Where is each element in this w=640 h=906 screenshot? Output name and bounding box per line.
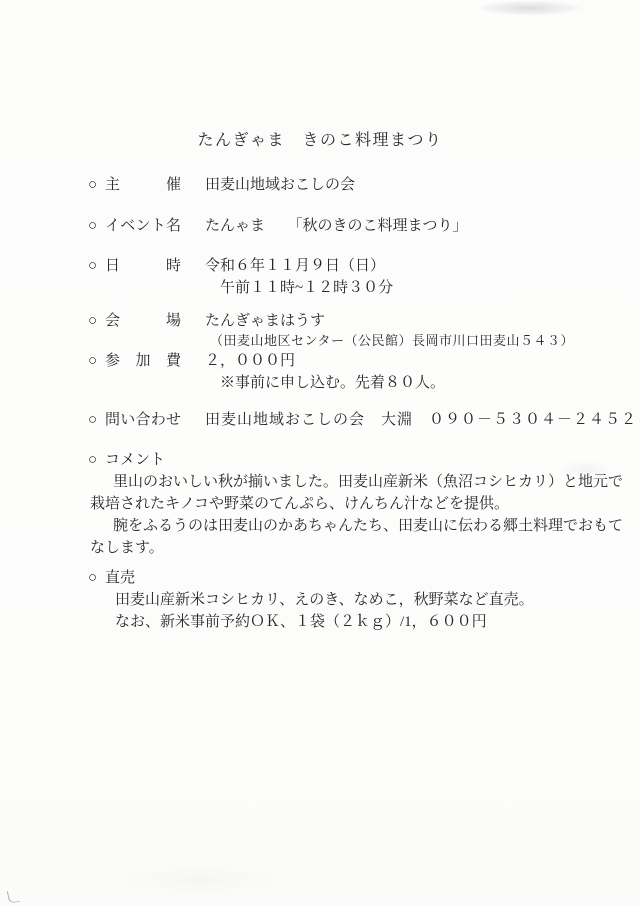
field-subline-fee-note: ※事前に申し込む。先着８０人。 [220,372,588,394]
field-value-contact-phone: 田麦山地域おこしの会 大淵 ０９０－５３０４－２４５２ [205,409,637,431]
field-label-fee: 参加費 [105,350,181,372]
scan-artifact-mark [7,889,20,904]
scanned-document-page: たんぎゃま きのこ料理まつり ○ 主催 田麦山地域おこしの会 ○ イベント名 た… [0,0,640,906]
field-row-organizer: ○ 主催 田麦山地域おこしの会 [88,174,588,196]
field-value-fee: ２，０００円 [205,350,295,372]
circle-bullet: ○ [88,255,105,277]
field-label-event-name: イベント名 [105,215,181,237]
comment-line: 腕をふるうのは田麦山のかあちゃんたち、田麦山に伝わる郷土料理でおもて [113,515,588,537]
field-label-venue: 会場 [105,310,181,332]
sale-line: 田麦山産新米コシヒカリ、えのき、なめこ，秋野菜など直売。 [115,589,588,611]
section-heading-comment: ○ コメント [88,449,588,471]
circle-bullet: ○ [88,174,105,196]
field-row-datetime: ○ 日時 令和６年１１月９日（日） [88,255,588,277]
comment-line: 里山のおいしい秋が揃いました。田麦山産新米（魚沼コシヒカリ）と地元で [113,471,588,493]
comment-line: なします。 [90,537,588,559]
field-label-contact: 問い合わせ [105,409,181,431]
circle-bullet: ○ [88,449,105,471]
field-label-datetime: 日時 [105,255,181,277]
field-value-organizer: 田麦山地域おこしの会 [205,174,355,196]
field-value-datetime: 令和６年１１月９日（日） [205,255,385,277]
field-value-venue: たんぎゃまはうす [205,310,325,332]
circle-bullet: ○ [88,350,105,372]
field-subline-datetime: 午前１１時~１２時３０分 [220,277,588,299]
sale-line: なお、新米事前予約ＯＫ、１袋（２ｋｇ）/1，６００円 [115,611,588,633]
circle-bullet: ○ [88,409,105,431]
circle-bullet: ○ [88,310,105,332]
comment-line: 栽培されたキノコや野菜のてんぷら、けんちん汁などを提供。 [90,493,588,515]
field-row-event-name: ○ イベント名 たんゃま 「秋のきのこ料理まつり」 [88,215,588,237]
circle-bullet: ○ [88,215,105,237]
field-value-event-name: たんゃま 「秋のきのこ料理まつり」 [205,215,468,237]
document-content: たんぎゃま きのこ料理まつり ○ 主催 田麦山地域おこしの会 ○ イベント名 た… [88,0,588,633]
section-heading-direct-sale: ○ 直売 [88,567,588,589]
field-label-organizer: 主催 [105,174,181,196]
field-row-fee: ○ 参加費 ２，０００円 [88,350,588,372]
sale-heading: 直売 [105,567,135,589]
field-row-contact: ○ 問い合わせ 田麦山地域おこしの会 大淵 ０９０－５３０４－２４５２ [88,409,588,431]
field-subline-venue-address: （田麦山地区センター（公民館）長岡市川口田麦山５４３） [210,332,588,350]
comment-heading: コメント [105,449,165,471]
circle-bullet: ○ [88,567,105,589]
page-title: たんぎゃま きのこ料理まつり [0,130,640,152]
field-row-venue: ○ 会場 たんぎゃまはうす [88,310,588,332]
